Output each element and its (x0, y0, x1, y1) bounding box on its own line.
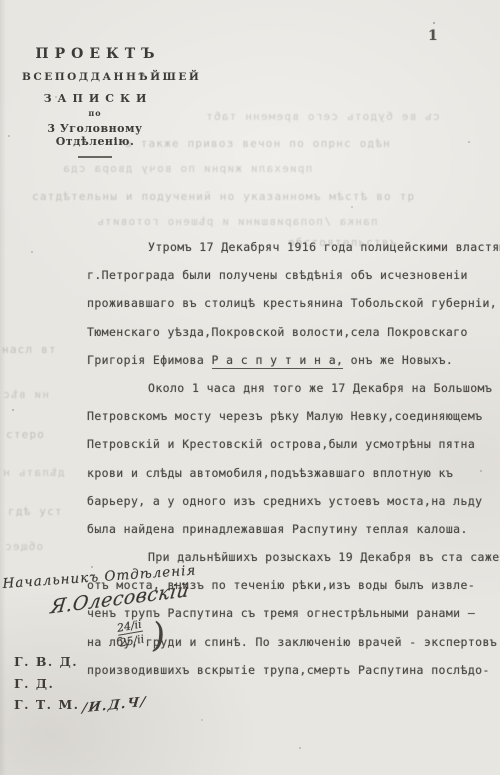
header-title-proekt: ПРОЕКТЪ (20, 46, 170, 62)
rasputin-line-prefix: Григорія Ефимова (87, 353, 212, 367)
typed-body-text: Утромъ 17 Декабряч 1916 года полицейским… (87, 240, 491, 691)
page-number: 1 (428, 28, 438, 44)
typed-line: барьеру, а у одного изъ среднихъ устоевъ… (87, 494, 491, 522)
typed-line: Около 1 часа дня того же 17 Декабря на Б… (87, 381, 491, 409)
bleed-through-fragment: гдѣ уст (8, 505, 63, 518)
bleed-through-line: приехали жирни по вочу двора сда (62, 162, 312, 175)
header-title-zapiski: ЗАПИСКИ (20, 92, 170, 105)
header-underline (78, 156, 112, 158)
rasputin-underlined-name: Р а с п у т и н а, (212, 353, 344, 369)
typed-line: ченъ трупъ Распутина съ тремя огнестрѣль… (87, 606, 491, 634)
bleed-through-fragment: дѣлать н (2, 466, 65, 479)
rasputin-line-suffix: онъ же Новыхъ. (343, 353, 453, 367)
initials-gd: Г. Д. (14, 676, 146, 698)
initials-block: Г. В. Д. Г. Д. Г. Т. М./И.Д.Ч/ (14, 654, 146, 719)
scanned-document-page: 1 ПРОЕКТЪ ВСЕПОДДАННѢЙШЕЙ ЗАПИСКИ по 3 У… (0, 0, 500, 775)
typed-line: Утромъ 17 Декабряч 1916 года полицейским… (87, 240, 491, 268)
typed-line: г.Петрограда были получены свѣдѣнія объ … (87, 268, 491, 296)
initials-gvd: Г. В. Д. (14, 654, 146, 676)
bleed-through-line: съ ве будоть сего временн табт (205, 110, 440, 123)
typed-line: производившихъ вскрытіе трупа,смерть Рас… (87, 663, 491, 691)
paper-specks (0, 0, 2, 2)
bleed-through-line: панка /попарившини и рѣшено готовить (96, 215, 378, 228)
bleed-through-line: сатдѣтельны и подучений но указанномъ мѣ… (32, 190, 415, 203)
header-title-vsepoddanneishei: ВСЕПОДДАННѢЙШЕЙ (20, 71, 170, 83)
typed-line: Петровскій и Крестовскій острова,были ус… (87, 437, 491, 465)
typed-line: Тюменскаго уѣзда,Покровской волости,села… (87, 325, 491, 353)
handwritten-date: 24/ii 25/ii (116, 618, 145, 650)
typed-line: проживавшаго въ столицѣ крестьянина Тобо… (87, 296, 491, 324)
initials-gtm-text: Г. Т. М. (14, 697, 80, 712)
typed-line: Петровскомъ мосту черезъ рѣку Малую Невк… (87, 409, 491, 437)
bleed-through-line: а также привоз вечон по опрнс одѣн (125, 137, 391, 150)
bleed-through-fragment: ни вѣс (2, 388, 49, 401)
bleed-through-fragment: стеро (6, 428, 45, 441)
handwritten-initials-note: /И.Д.Ч/ (81, 694, 147, 716)
typed-line: на лбу, груди и спинѣ. По заключенію вра… (87, 635, 491, 663)
typed-line: была найдена принадлежавшая Распутину те… (87, 522, 491, 550)
typed-line-rasputin: Григорія Ефимова Р а с п у т и н а, онъ … (87, 353, 491, 381)
bleed-through-fragment: общес (4, 540, 43, 553)
header-po: по (20, 108, 170, 118)
bleed-through-fragment: насл вт (2, 343, 57, 356)
typed-line: крови и слѣды автомобиля,подъѣзжавшаго в… (87, 466, 491, 494)
initials-gtm: Г. Т. М./И.Д.Ч/ (14, 697, 146, 719)
